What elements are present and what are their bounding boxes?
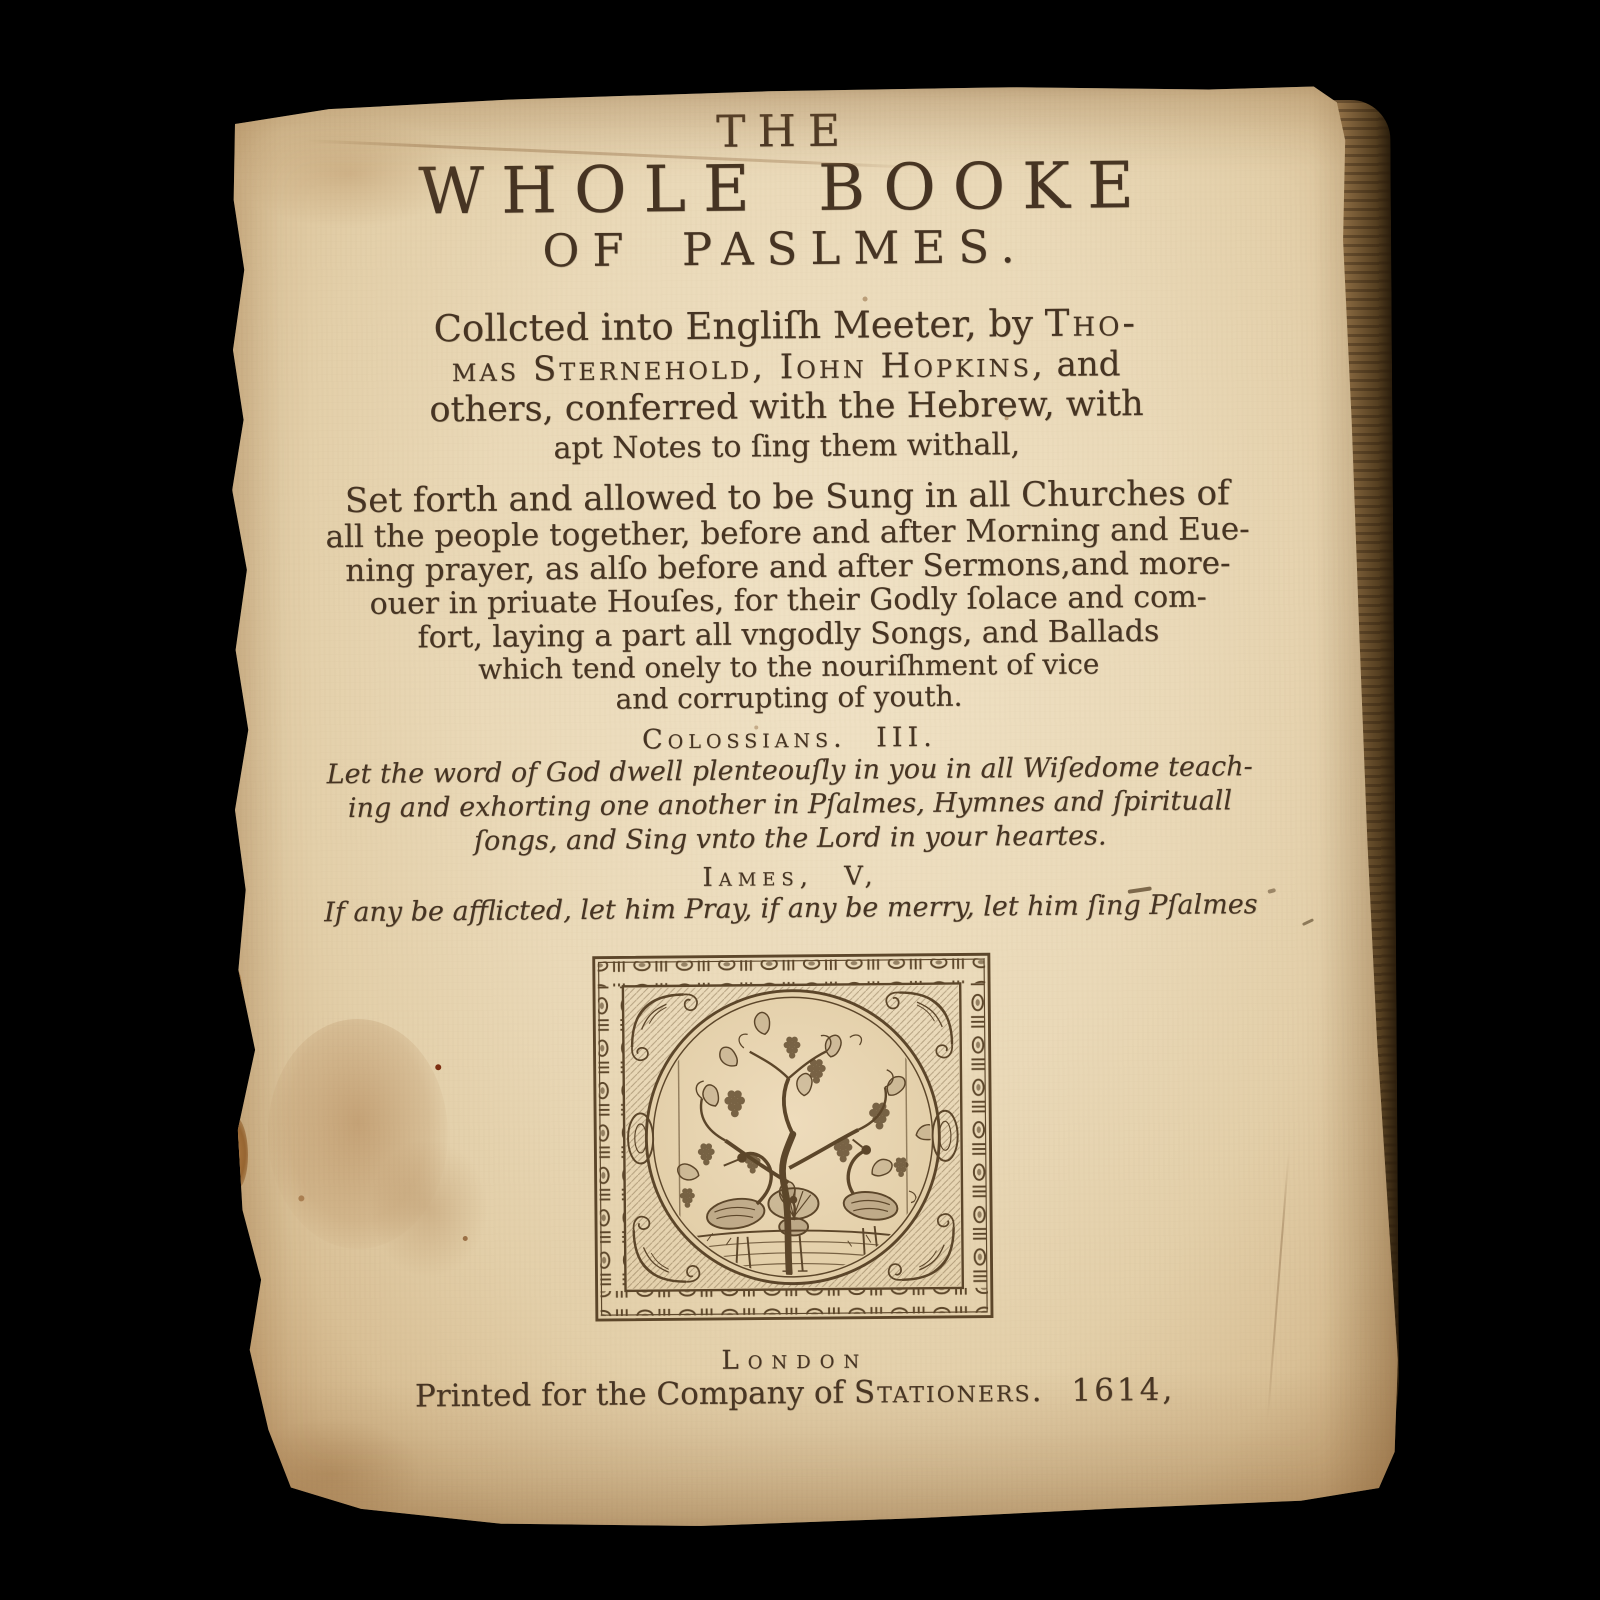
woodcut-ornament-image: [579, 949, 1006, 1325]
title-page-leaf: THE WHOLE BOOKE OF PASLMES. Collcted int…: [209, 80, 1407, 1538]
byline-paragraph: Collcted into Engliſh Meeter, by Tho- ma…: [241, 300, 1332, 470]
stain-mark: [240, 1418, 421, 1530]
title-line-of-paslmes: OF PASLMES.: [240, 218, 1330, 280]
torn-edge-fiber: [212, 262, 230, 306]
torn-edge-fiber: [222, 1116, 249, 1190]
torn-edge-fiber: [213, 1028, 246, 1114]
allowance-paragraph: Set forth and allowed to be Sung in all …: [242, 474, 1334, 718]
torn-edge-fiber: [216, 1194, 247, 1290]
printed-text-column: THE WHOLE BOOKE OF PASLMES. Collcted int…: [239, 80, 1341, 1415]
torn-edge-fiber: [218, 510, 232, 546]
torn-edge-fiber: [216, 960, 243, 1024]
torn-edge-fiber: [227, 1286, 249, 1340]
imprint-year: 1614,: [1071, 1372, 1175, 1409]
woodcut-ornament: [579, 949, 1006, 1325]
photo-background: THE WHOLE BOOKE OF PASLMES. Collcted int…: [0, 0, 1600, 1600]
title-line-whole-booke: WHOLE BOOKE: [239, 150, 1330, 228]
